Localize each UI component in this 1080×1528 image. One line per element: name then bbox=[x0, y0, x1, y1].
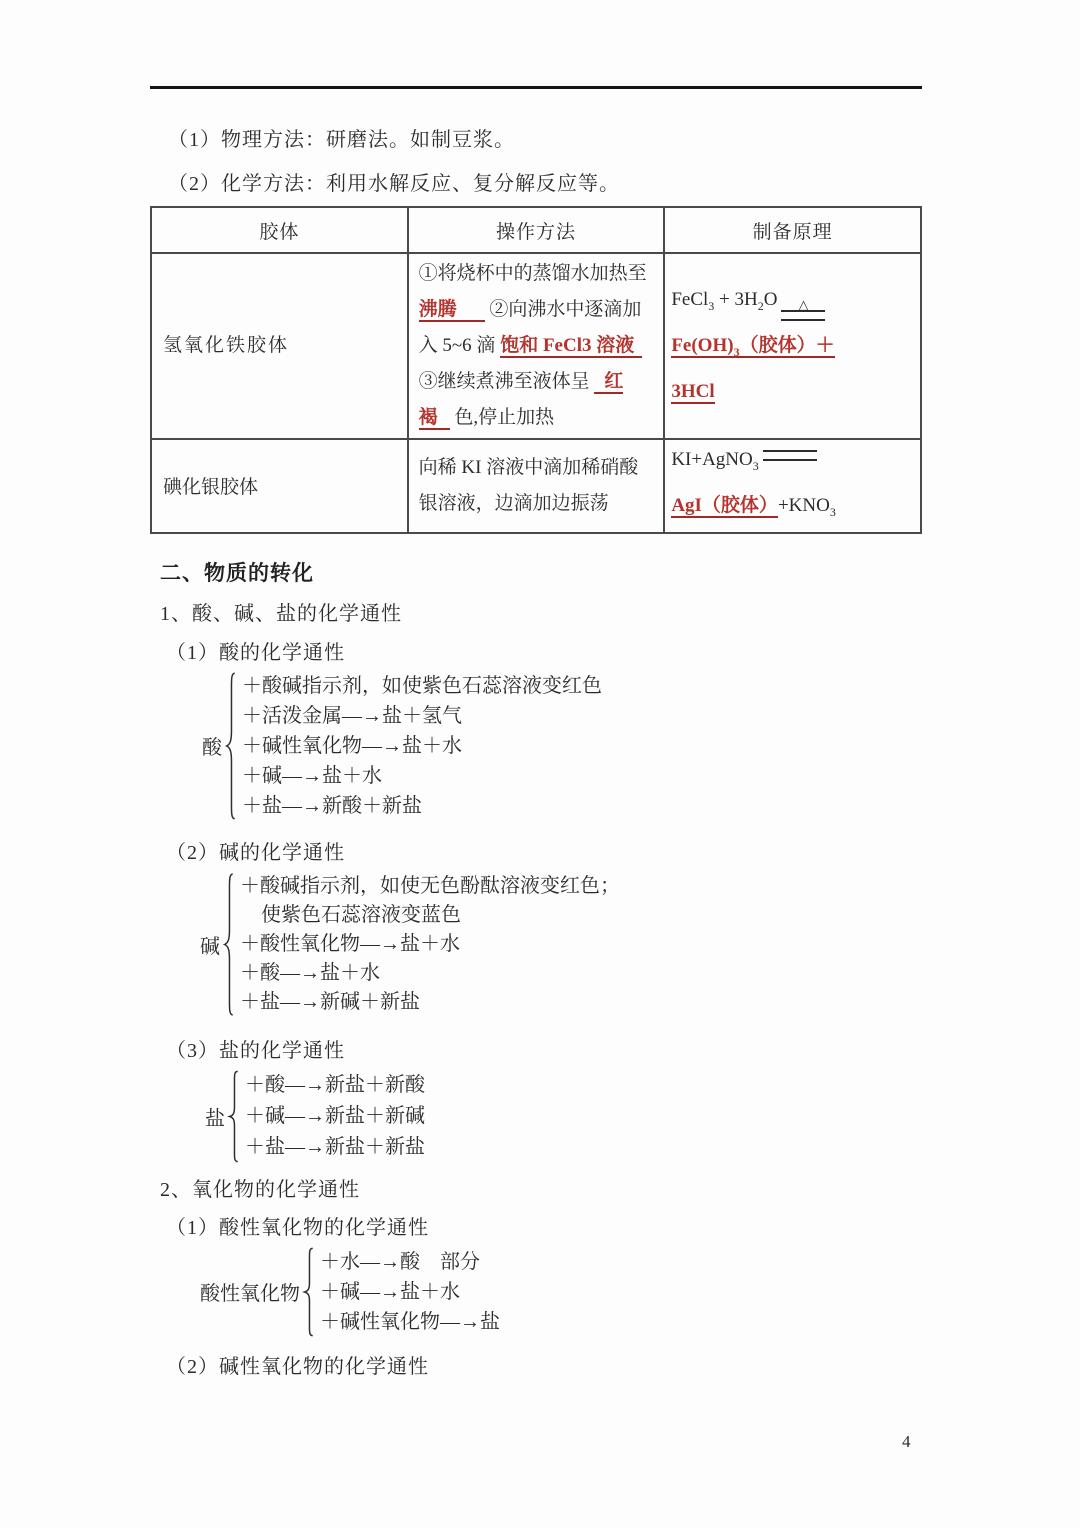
equation-rhs-answer-2: 3HCl bbox=[671, 381, 714, 404]
brace-diagram-acid: 酸 ＋酸碱指示剂，如使紫色石蕊溶液变红色 ＋活泼金属—→盐＋氢气 ＋碱性氧化物—… bbox=[202, 671, 940, 821]
brace-diagram-base: 碱 ＋酸碱指示剂，如使无色酚酞溶液变红色； 使紫色石蕊溶液变蓝色 ＋酸性氧化物—… bbox=[200, 872, 940, 1017]
colloid-name-cell: 氢氧化铁胶体 bbox=[151, 253, 408, 439]
equation-lhs: KI+AgNO3 bbox=[671, 449, 758, 470]
delta-condition: △ bbox=[798, 299, 808, 310]
operation-cell: ①将烧杯中的蒸馏水加热至 沸腾 ②向沸水中逐滴加入 5~6 滴 饱和 FeCl3… bbox=[408, 253, 665, 439]
operation-text: 色,停止加热 bbox=[454, 407, 554, 428]
brace-items: ＋水—→酸 部分 ＋碱—→盐＋水 ＋碱性氧化物—→盐 bbox=[315, 1247, 500, 1337]
table-header-principle: 制备原理 bbox=[664, 207, 921, 253]
double-bond-equals-icon bbox=[781, 310, 825, 321]
formula-text: O bbox=[764, 289, 778, 310]
table-row-silver-iodide: 碘化银胶体 向稀 KI 溶液中滴加稀硝酸银溶液，边滴加边振荡 KI+AgNO3A… bbox=[151, 439, 921, 533]
brace-item: ＋盐—→新碱＋新盐 bbox=[240, 988, 620, 1017]
page-number: 4 bbox=[902, 1432, 911, 1452]
page-content: （1）物理方法：研磨法。如制豆浆。 （2）化学方法：利用水解反应、复分解反应等。… bbox=[150, 110, 940, 1380]
table-row-iron-hydroxide: 氢氧化铁胶体 ①将烧杯中的蒸馏水加热至 沸腾 ②向沸水中逐滴加入 5~6 滴 饱… bbox=[151, 253, 921, 439]
brace-item: ＋酸碱指示剂，如使紫色石蕊溶液变红色 bbox=[242, 671, 602, 701]
brace-item: ＋酸—→新盐＋新酸 bbox=[245, 1070, 425, 1101]
brace-item: ＋活泼金属—→盐＋氢气 bbox=[242, 701, 602, 731]
subsection-oxide: 2、氧化物的化学通性 bbox=[160, 1177, 940, 1203]
subsection-salt-properties: （3）盐的化学通性 bbox=[166, 1038, 940, 1064]
table-header-colloid: 胶体 bbox=[151, 207, 408, 253]
formula-text: （胶体）＋ bbox=[740, 335, 835, 356]
brace-items: ＋酸—→新盐＋新酸 ＋碱—→新盐＋新碱 ＋盐—→新盐＋新盐 bbox=[240, 1070, 425, 1163]
curly-brace-icon bbox=[302, 1247, 315, 1337]
formula-text: FeCl bbox=[671, 289, 708, 310]
curly-brace-icon bbox=[222, 872, 235, 1017]
principle-cell: KI+AgNO3AgI（胶体）+KNO3 bbox=[664, 439, 921, 533]
subscript: 3 bbox=[830, 505, 836, 519]
blank-answer-boiling: 沸腾 bbox=[419, 299, 485, 322]
operation-text: 向稀 KI 溶液中滴加稀硝酸银溶液，边滴加边振荡 bbox=[419, 457, 639, 514]
principle-cell: FeCl3 + 3H2O△Fe(OH)3（胶体）＋ 3HCl bbox=[664, 253, 921, 439]
brace-item: ＋碱—→盐＋水 bbox=[242, 761, 602, 791]
formula-text: Fe(OH) bbox=[671, 335, 733, 356]
formula-text: KI+AgNO bbox=[671, 449, 752, 470]
brace-item: ＋盐—→新盐＋新盐 bbox=[245, 1132, 425, 1163]
intro-line-physical-method: （1）物理方法：研磨法。如制豆浆。 bbox=[168, 128, 940, 153]
double-bond-equals-icon bbox=[763, 450, 817, 461]
intro-line-chemical-method: （2）化学方法：利用水解反应、复分解反应等。 bbox=[168, 172, 940, 197]
brace-diagram-salt: 盐 ＋酸—→新盐＋新酸 ＋碱—→新盐＋新碱 ＋盐—→新盐＋新盐 bbox=[205, 1070, 940, 1163]
subsection-acid-properties: （1）酸的化学通性 bbox=[166, 640, 940, 666]
document-page: （1）物理方法：研磨法。如制豆浆。 （2）化学方法：利用水解反应、复分解反应等。… bbox=[0, 0, 1080, 1528]
section-heading-transformation: 二、物质的转化 bbox=[160, 560, 940, 588]
subsection-base-properties: （2）碱的化学通性 bbox=[166, 840, 940, 866]
brace-item: ＋碱性氧化物—→盐＋水 bbox=[242, 731, 602, 761]
brace-item: ＋酸碱指示剂，如使无色酚酞溶液变红色； bbox=[240, 872, 620, 901]
brace-label-acid-oxide: 酸性氧化物 bbox=[200, 1277, 300, 1306]
brace-items: ＋酸碱指示剂，如使无色酚酞溶液变红色； 使紫色石蕊溶液变蓝色 ＋酸性氧化物—→盐… bbox=[235, 872, 620, 1017]
subsection-base-oxide-properties: （2）碱性氧化物的化学通性 bbox=[166, 1354, 940, 1380]
subsection-acid-oxide-properties: （1）酸性氧化物的化学通性 bbox=[166, 1215, 940, 1241]
brace-label-salt: 盐 bbox=[205, 1102, 225, 1131]
brace-item: ＋酸—→盐＋水 bbox=[240, 959, 620, 988]
brace-item-continuation: 使紫色石蕊溶液变蓝色 bbox=[240, 901, 620, 930]
operation-text: ①将烧杯中的蒸馏水加热至 bbox=[419, 263, 647, 284]
brace-item: ＋碱性氧化物—→盐 bbox=[320, 1307, 500, 1337]
subscript: 3 bbox=[753, 459, 759, 473]
blank-answer-fecl3: 饱和 FeCl3 溶液 bbox=[500, 335, 642, 358]
header-rule bbox=[150, 86, 922, 89]
equals-icon bbox=[763, 450, 817, 461]
subsection-acid-base-salt: 1、酸、碱、盐的化学通性 bbox=[160, 601, 940, 627]
colloid-name-cell: 碘化银胶体 bbox=[151, 439, 408, 533]
formula-text: +KNO bbox=[778, 495, 830, 516]
curly-brace-icon bbox=[227, 1070, 240, 1163]
colloid-preparation-table: 胶体 操作方法 制备原理 氢氧化铁胶体 ①将烧杯中的蒸馏水加热至 沸腾 ②向沸水… bbox=[150, 206, 922, 534]
brace-item: ＋碱—→盐＋水 bbox=[320, 1277, 500, 1307]
table-header-row: 胶体 操作方法 制备原理 bbox=[151, 207, 921, 253]
brace-item: ＋碱—→新盐＋新碱 bbox=[245, 1101, 425, 1132]
table-header-method: 操作方法 bbox=[408, 207, 665, 253]
curly-brace-icon bbox=[224, 671, 237, 821]
equation-rhs-answer: AgI（胶体） bbox=[671, 495, 778, 518]
brace-item: ＋水—→酸 部分 bbox=[320, 1247, 500, 1277]
brace-label-base: 碱 bbox=[200, 930, 220, 959]
brace-item: ＋酸性氧化物—→盐＋水 bbox=[240, 930, 620, 959]
formula-text: + 3H bbox=[714, 289, 757, 310]
operation-cell: 向稀 KI 溶液中滴加稀硝酸银溶液，边滴加边振荡 bbox=[408, 439, 665, 533]
brace-label-acid: 酸 bbox=[202, 731, 222, 760]
equation-rhs-answer: Fe(OH)3（胶体）＋ bbox=[671, 335, 834, 358]
equation-rhs: +KNO3 bbox=[778, 495, 836, 516]
brace-diagram-acid-oxide: 酸性氧化物 ＋水—→酸 部分 ＋碱—→盐＋水 ＋碱性氧化物—→盐 bbox=[200, 1247, 940, 1337]
brace-item: ＋盐—→新酸＋新盐 bbox=[242, 791, 602, 821]
brace-items: ＋酸碱指示剂，如使紫色石蕊溶液变红色 ＋活泼金属—→盐＋氢气 ＋碱性氧化物—→盐… bbox=[237, 671, 602, 821]
equation-lhs: FeCl3 + 3H2O bbox=[671, 289, 777, 310]
operation-text: ③继续煮沸至液体呈 bbox=[419, 371, 590, 392]
equals-with-delta-icon: △ bbox=[781, 299, 825, 321]
